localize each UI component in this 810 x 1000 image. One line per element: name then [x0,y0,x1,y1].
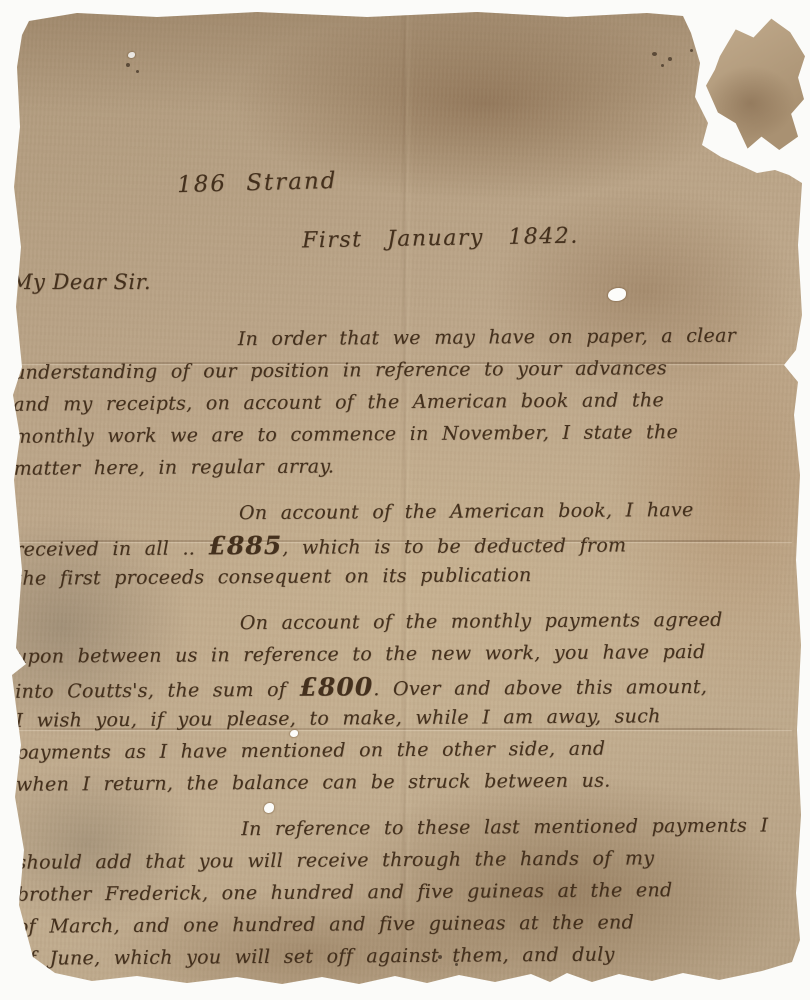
letter-paragraph: In reference to these last mentioned pay… [16,809,791,974]
letter-line: of June, which you will set off against … [17,937,791,974]
paper-hole [608,288,626,301]
letter-line: upon between us in reference to the new … [15,635,789,672]
letter-date: First January 1842. [302,224,579,254]
letter-body: In order that we may have on paper, a cl… [13,319,792,988]
letter-line: In reference to these last mentioned pay… [16,809,790,846]
ink-speck [136,70,139,73]
letter-line: payments as I have mentioned on the othe… [16,731,790,768]
letter-line: should add that you will receive through… [16,841,790,878]
letter-line: understanding of our position in referen… [13,351,787,388]
letter-paragraph: On account of the American book, I haver… [14,493,789,594]
letter-paragraph: On account of the monthly payments agree… [15,603,790,800]
letter-salutation: My Dear Sir. [11,270,151,294]
letter-line: into Coutts's, the sum of £800. Over and… [15,667,789,704]
ink-speck [652,52,657,56]
paper-hole [128,52,135,58]
torn-corner-fragment [706,16,805,150]
currency-amount: £885 [208,530,282,561]
currency-amount: £800 [299,671,373,702]
letter-line: On account of the monthly payments agree… [15,603,789,640]
letter-line: of March, and one hundred and five guine… [17,905,791,942]
page-background: { "document_type": "scanned handwritten … [0,0,810,1000]
ink-speck [661,64,664,67]
letter-line: I wish you, if you please, to make, whil… [15,699,789,736]
ink-speck [126,63,130,67]
ink-speck [690,49,693,52]
letter-paragraph: In order that we may have on paper, a cl… [13,319,788,484]
letter-line: On account of the American book, I have [14,493,788,530]
letter-paper: 186 Strand First January 1842. My Dear S… [7,5,804,992]
letter-line: and my receipts, on account of the Ameri… [13,383,787,420]
letter-line: matter here, in regular array. [14,447,788,484]
letter-line: monthly work we are to commence in Novem… [13,415,787,452]
letter-line: when I return, the balance can be struck… [16,763,790,800]
letter-line: the first proceeds consequent on its pub… [14,557,788,594]
ink-speck [668,57,672,61]
letter-address: 186 Strand [177,168,338,198]
letter-line: In order that we may have on paper, a cl… [13,319,787,356]
letter-line: brother Frederick, one hundred and five … [17,873,791,910]
letter-line: received in all .. £885, which is to be … [14,525,788,562]
